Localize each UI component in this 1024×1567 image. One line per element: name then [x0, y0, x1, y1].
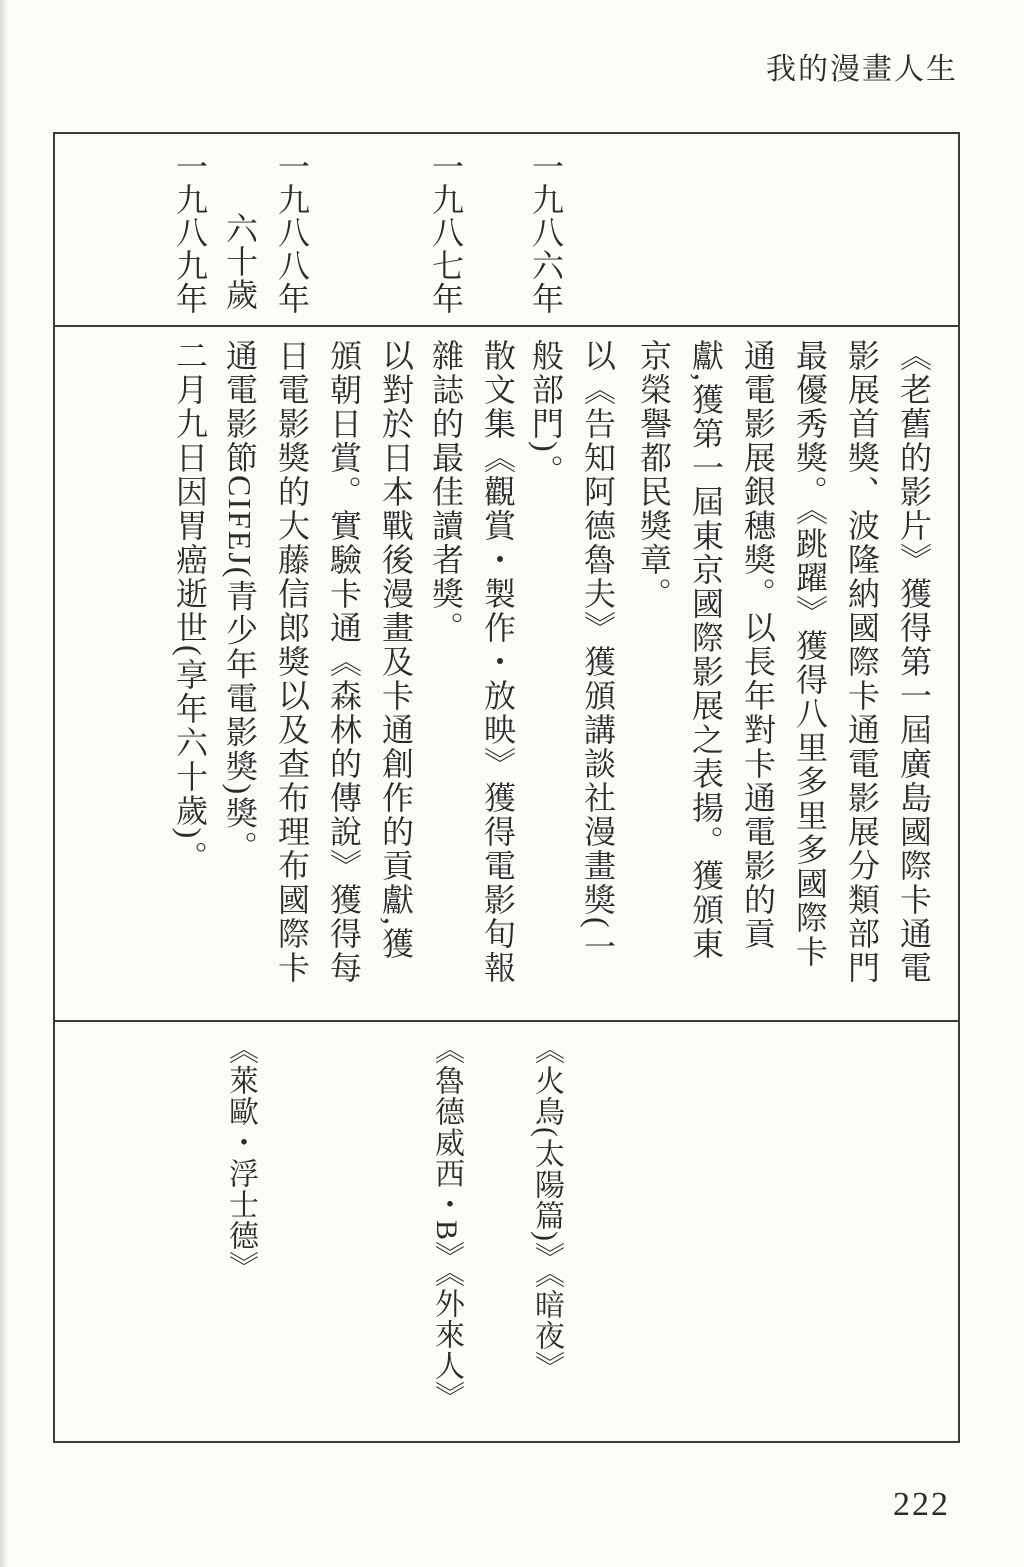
- year-cell: 一九八八年 六十歲: [214, 134, 318, 325]
- event-text-line: 影展首獎、波隆納國際卡通電影展分類部門: [836, 339, 888, 1020]
- events-cell: 以《告知阿德魯夫》獲頒講談社漫畫獎(一 般部門)。: [520, 325, 624, 1020]
- event-text-line: 以《告知阿德魯夫》獲頒講談社漫畫獎(一: [572, 339, 624, 1020]
- event-text-line: 頒朝日賞。實驗卡通《森林的傳說》獲得每: [318, 339, 370, 1020]
- event-text-line: 散文集《觀賞・製作・放映》獲得電影旬報: [472, 339, 524, 1020]
- event-text-line: 最優秀獎。《跳躍》獲得八里多里多國際卡: [784, 339, 836, 1020]
- event-text-line: 日電影獎的大藤信郎獎以及查布理布國際卡: [266, 339, 318, 1020]
- year-cell: 一九八九年: [164, 134, 216, 325]
- timeline-entry-1988: 一九八八年 六十歲 以對於日本戰後漫畫及卡通創作的貢獻,獲 頒朝日賞。實驗卡通《…: [214, 134, 428, 1441]
- year-label: 一九八九年: [164, 150, 216, 325]
- event-text-line: 《老舊的影片》獲得第一屆廣島國際卡通電: [888, 339, 940, 1020]
- events-cell: 以對於日本戰後漫畫及卡通創作的貢獻,獲 頒朝日賞。實驗卡通《森林的傳說》獲得每 …: [214, 325, 422, 1020]
- events-cell: 散文集《觀賞・製作・放映》獲得電影旬報 雜誌的最佳讀者獎。: [420, 325, 524, 1020]
- event-text-line: 獻,獲第一屆東京國際影展之表揚。獲頒東: [680, 339, 732, 1020]
- events-cell: 《老舊的影片》獲得第一屆廣島國際卡通電 影展首獎、波隆納國際卡通電影展分類部門 …: [628, 325, 940, 1020]
- event-text-line: 二月九日因胃癌逝世(享年六十歲)。: [164, 339, 216, 1020]
- book-page-scan: 我的漫畫人生 《老舊的影片》獲得第一屆廣島國際卡通電 影展首獎、波隆納國際卡通電…: [0, 0, 1024, 1567]
- event-text-line: 京榮譽都民獎章。: [628, 339, 680, 1020]
- timeline-entry-continuation: 《老舊的影片》獲得第一屆廣島國際卡通電 影展首獎、波隆納國際卡通電影展分類部門 …: [628, 134, 946, 1441]
- timeline-entry-1987: 一九八七年 散文集《觀賞・製作・放映》獲得電影旬報 雜誌的最佳讀者獎。 《魯德威…: [420, 134, 532, 1441]
- timeline-entry-1989: 一九八九年 二月九日因胃癌逝世(享年六十歲)。: [164, 134, 226, 1441]
- timeline-entry-1986: 一九八六年 以《告知阿德魯夫》獲頒講談社漫畫獎(一 般部門)。 《火鳥(太陽篇)…: [520, 134, 632, 1441]
- running-head-title: 我的漫畫人生: [766, 44, 958, 88]
- event-text-line: 以對於日本戰後漫畫及卡通創作的貢獻,獲: [370, 339, 422, 1020]
- year-label: 一九八八年: [266, 150, 318, 325]
- events-cell: 二月九日因胃癌逝世(享年六十歲)。: [164, 325, 216, 1020]
- event-text-line: 通電影展銀穗獎。以長年對卡通電影的貢: [732, 339, 784, 1020]
- page-number: 222: [893, 1486, 950, 1524]
- chronology-table: 《老舊的影片》獲得第一屆廣島國際卡通電 影展首獎、波隆納國際卡通電影展分類部門 …: [53, 132, 960, 1443]
